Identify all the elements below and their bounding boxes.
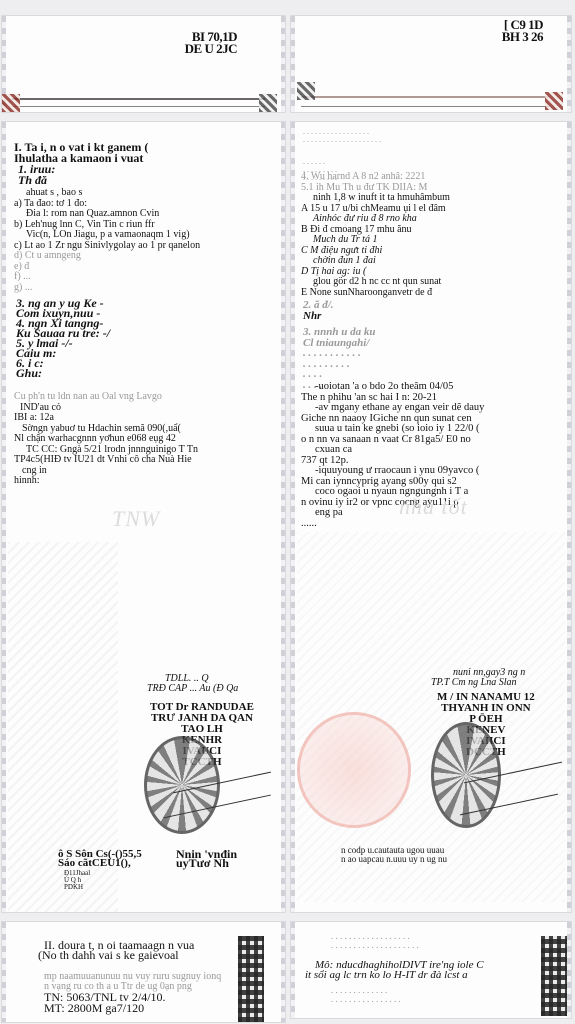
frame-border-line [12, 98, 265, 100]
ornament-corner-icon [2, 94, 20, 112]
item-list: 2. ă đ/. Nhr 3. nnnh u da ku Cl tniaunga… [303, 300, 375, 390]
page-edge [291, 16, 295, 112]
section-label: 1. iruu: Th đă [18, 164, 55, 186]
certificate-code: BI 70,1D DE U 2JC [185, 31, 237, 55]
page-edge [281, 16, 285, 112]
faded-lines: . . . . . . . . . . . . . . . . . . . . … [331, 986, 401, 1004]
numbered-items: 3. ng an y ug Ke - Com ixuyn,nuu - 4. ng… [16, 298, 110, 378]
document-lines: Mô: nducdhaghiholDIVT ire'ng iole C it s… [305, 960, 484, 980]
watermark: TNW [112, 506, 160, 532]
page-edge [567, 922, 571, 1018]
page-top-right: [ C9 1D BH 3 26 [291, 16, 571, 112]
signature-footer-right: Nnin 'vnđin uyTươ Nh [176, 850, 237, 868]
faded-lines: . . . . . . . . . . . . . . . . . . . . … [331, 932, 419, 950]
parcel-info-lines: ahuat s , bao s a) Ta đao: tơ 1 đo: Đia … [14, 188, 200, 293]
registration-notes: Cu ph'n tu ldn nan au Oal vng Lavgo IND'… [14, 392, 198, 487]
qr-code-icon [238, 936, 264, 1022]
page-bottom-right: . . . . . . . . . . . . . . . . . . . . … [291, 922, 571, 1018]
page-bottom-left: II. doura t, n oi taamaagn n vua (No th … [2, 922, 285, 1022]
certificate-code: [ C9 1D BH 3 26 [502, 19, 543, 43]
watermark: nhà tốt [399, 494, 468, 520]
signature-date: TDLL. .. Q TRĐ CAP ... Au (Đ Qa [147, 674, 238, 694]
signature-date: nuni nn,gay3 ng n TP.T Cm ng Lna Slan [431, 668, 525, 688]
qr-code-icon [541, 936, 567, 1016]
page-edge [2, 122, 6, 912]
page-middle-left: I. Ta i, n o vat i kt ganem ( Ihulatha a… [2, 122, 285, 912]
page-edge [291, 922, 295, 1018]
signature-footer-left: ô S Sôn Cs(-()55,5 Sáo cãtCEU1(), [58, 850, 142, 868]
red-seal-icon [297, 712, 411, 828]
page-edge [567, 16, 571, 112]
ornament-corner-icon [297, 82, 315, 100]
frame-border-line [12, 106, 265, 107]
page-edge [281, 922, 285, 1022]
signature-footer-small: Đ11Jhaal Ú Q h PDKH [64, 870, 90, 891]
page-edge [567, 122, 571, 912]
signature-footer: n codp u.cautauta ugou uuau n ao uapcau … [341, 846, 447, 864]
frame-border-line [301, 106, 549, 107]
section-heading: II. doura t, n oi taamaagn n vua (No th … [38, 940, 194, 960]
land-use-details: 4. Wu harnd A 8 n2 anhâ: 2221 5.1 ih Mu … [301, 172, 450, 298]
section-heading: I. Ta i, n o vat i kt ganem ( Ihulatha a… [14, 142, 148, 164]
page-edge [291, 122, 295, 912]
ornament-corner-icon [545, 92, 563, 110]
page-middle-right: . . . . . . . . . . . . . . . . . . . . … [291, 122, 571, 912]
page-edge [2, 922, 6, 1022]
frame-border-line [301, 96, 549, 98]
ornament-corner-icon [259, 94, 277, 112]
page-top-left: BI 70,1D DE U 2JC [2, 16, 285, 112]
page-edge [281, 122, 285, 912]
document-lines: mp naamuuanunuu nu vuy ruru sugnuy ionq … [44, 972, 221, 1014]
